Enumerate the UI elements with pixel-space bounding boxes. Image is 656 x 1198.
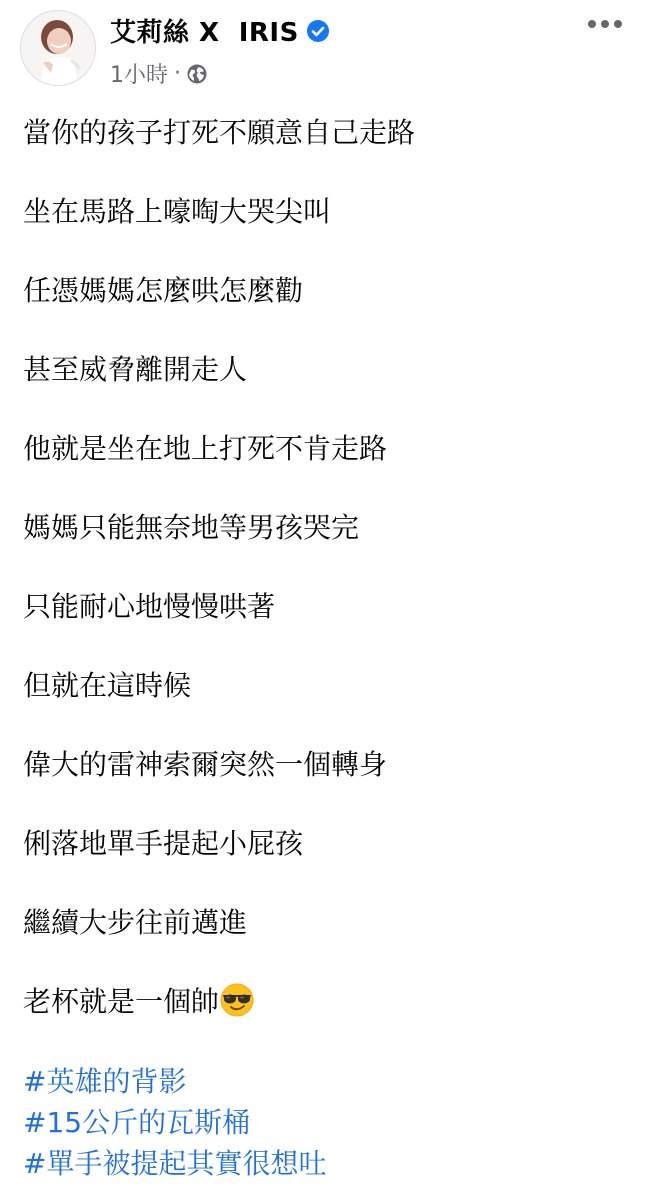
post-meta: 1小時 · bbox=[110, 58, 207, 89]
post-body-line: 俐落地單手提起小屁孩 bbox=[23, 824, 633, 903]
post-body-line: 繼續大步往前邁進 bbox=[23, 903, 633, 982]
post-timestamp[interactable]: 1小時 bbox=[110, 58, 168, 89]
post-body-line-text: 老杯就是一個帥 bbox=[23, 985, 219, 1018]
hashtag-list: #英雄的背影 #15公斤的瓦斯桶 #單手被提起其實很想吐 bbox=[23, 1061, 326, 1184]
facebook-post: 艾莉絲 X IRIS 1小時 · 當你的孩子打死不願意自己走路 坐在馬路上嚎啕大… bbox=[0, 0, 656, 1198]
globe-icon[interactable] bbox=[187, 64, 207, 84]
author-name[interactable]: 艾莉絲 X IRIS bbox=[110, 12, 329, 49]
more-options-icon-dot bbox=[588, 20, 596, 28]
meta-separator: · bbox=[174, 61, 181, 86]
more-options-icon-dot bbox=[614, 20, 622, 28]
verified-badge-icon bbox=[307, 20, 329, 42]
post-body-line: 只能耐心地慢慢哄著 bbox=[23, 587, 633, 666]
profile-photo-icon bbox=[21, 11, 96, 86]
post-body-line: 媽媽只能無奈地等男孩哭完 bbox=[23, 508, 633, 587]
post-body-line: 偉大的雷神索爾突然一個轉身 bbox=[23, 745, 633, 824]
avatar[interactable] bbox=[20, 10, 96, 86]
hashtag-link[interactable]: #英雄的背影 bbox=[23, 1061, 326, 1102]
sunglasses-emoji-icon bbox=[220, 983, 254, 1017]
post-body-line: 他就是坐在地上打死不肯走路 bbox=[23, 429, 633, 508]
hashtag-link[interactable]: #15公斤的瓦斯桶 bbox=[23, 1102, 326, 1143]
post-body-line: 當你的孩子打死不願意自己走路 bbox=[23, 113, 633, 192]
post-body: 當你的孩子打死不願意自己走路 坐在馬路上嚎啕大哭尖叫 任憑媽媽怎麼哄怎麼勸 甚至… bbox=[23, 113, 633, 1061]
more-options-icon-dot bbox=[601, 20, 609, 28]
post-body-line: 但就在這時候 bbox=[23, 666, 633, 745]
hashtag-link[interactable]: #單手被提起其實很想吐 bbox=[23, 1143, 326, 1184]
post-body-line: 坐在馬路上嚎啕大哭尖叫 bbox=[23, 192, 633, 271]
more-options-button[interactable] bbox=[588, 16, 622, 32]
post-header: 艾莉絲 X IRIS 1小時 · bbox=[0, 0, 656, 100]
author-name-text[interactable]: 艾莉絲 X IRIS bbox=[110, 12, 299, 49]
post-body-line: 甚至威脅離開走人 bbox=[23, 350, 633, 429]
post-body-line: 任憑媽媽怎麼哄怎麼勸 bbox=[23, 271, 633, 350]
post-body-line-last: 老杯就是一個帥 bbox=[23, 982, 633, 1061]
